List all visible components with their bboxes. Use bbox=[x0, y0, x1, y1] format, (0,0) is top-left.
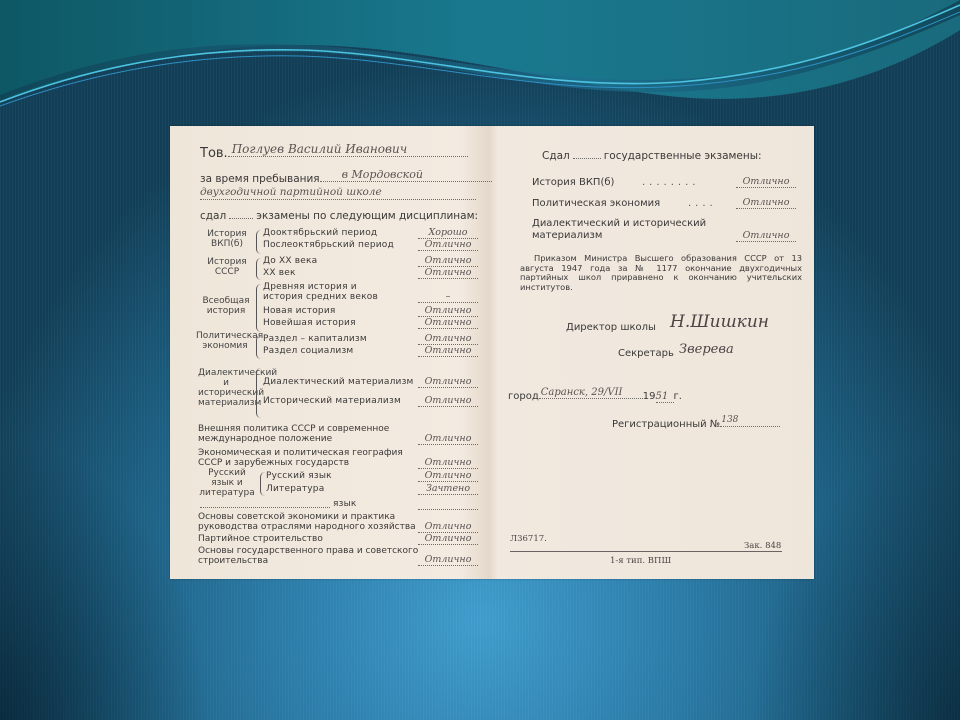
subject-grade: Отлично bbox=[418, 267, 478, 279]
state-exam-name: Диалектический и исторический материализ… bbox=[532, 218, 712, 242]
ministry-order-text: Приказом Министра Высшего образования СС… bbox=[520, 254, 802, 292]
subject-name: Новейшая история bbox=[263, 318, 356, 328]
stay-line: за время пребыванияв Мордовской bbox=[200, 170, 492, 185]
subject-grade: Отлично bbox=[418, 333, 478, 345]
subject-name: Основы государственного права и советско… bbox=[198, 546, 420, 566]
subject-name: Литература bbox=[266, 484, 324, 494]
category-label: История ВКП(б) bbox=[200, 229, 254, 249]
registration-line: Регистрационный №138 bbox=[612, 416, 780, 430]
city-value: Саранск, 29/VII bbox=[541, 387, 623, 398]
subject-name: XX век bbox=[263, 268, 296, 278]
stay-line-2: двухгодичной партийной школе bbox=[200, 186, 476, 200]
state-exam-grade: Отлично bbox=[736, 230, 796, 242]
stay-label: за время пребывания bbox=[200, 173, 320, 185]
secretary-label: Секретарь bbox=[618, 348, 674, 359]
subject-name: Древняя история и история средних веков bbox=[263, 282, 393, 302]
state-exam-grade: Отлично bbox=[736, 197, 796, 209]
subject-name: Диалектический материализм bbox=[263, 377, 414, 387]
category-label: История СССР bbox=[200, 257, 254, 277]
subject-grade: Отлично bbox=[418, 433, 478, 445]
language-line-label: язык bbox=[333, 499, 357, 509]
comrade-line: Тов.Поглуев Василий Иванович bbox=[200, 146, 468, 161]
subject-name: Раздел социализм bbox=[263, 346, 353, 356]
footer-order: Зак. 848 bbox=[744, 541, 781, 551]
state-exam-grade: Отлично bbox=[736, 176, 796, 188]
state-exams-heading: Сдалгосударственные экзамены: bbox=[542, 150, 762, 162]
city-line: городСаранск, 29/VII1951г. bbox=[508, 388, 682, 403]
category-label: Всеобщая история bbox=[198, 296, 254, 316]
subject-grade-blank bbox=[418, 499, 478, 510]
comrade-name: Поглуев Василий Иванович bbox=[232, 142, 408, 156]
subject-name: Русский язык bbox=[266, 471, 332, 481]
subject-name: Экономическая и политическая география С… bbox=[198, 448, 418, 468]
decorative-waves bbox=[0, 0, 960, 130]
subject-grade: Отлично bbox=[418, 533, 478, 545]
brace bbox=[260, 472, 265, 496]
brace bbox=[256, 335, 261, 359]
subject-grade: – bbox=[418, 291, 478, 303]
language-blank bbox=[200, 507, 330, 508]
subject-grade: Отлично bbox=[418, 521, 478, 533]
registration-number: 138 bbox=[721, 415, 738, 425]
subject-name: Основы советской экономики и практика ру… bbox=[198, 512, 420, 532]
footer-code: Л36717. bbox=[510, 534, 547, 544]
category-label: Русский язык и литература bbox=[196, 468, 258, 498]
passed-label: сдал bbox=[200, 210, 226, 222]
subject-grade: Отлично bbox=[418, 376, 478, 388]
right-page: Сдалгосударственные экзамены: История ВК… bbox=[492, 126, 814, 579]
subject-name: Послеоктябрьский период bbox=[263, 240, 394, 250]
director-label: Директор школы bbox=[566, 322, 656, 333]
subject-name: Дооктябрьский период bbox=[263, 228, 377, 238]
subject-grade: Отлично bbox=[418, 457, 478, 469]
subject-grade: Отлично bbox=[418, 305, 478, 317]
registration-label: Регистрационный № bbox=[612, 419, 720, 430]
brace bbox=[256, 230, 261, 254]
year-suffix: г. bbox=[674, 391, 682, 402]
subject-grade: Отлично bbox=[418, 470, 478, 482]
leader-dots: ........ bbox=[642, 177, 699, 188]
diploma-spread: Тов.Поглуев Василий Иванович за время пр… bbox=[170, 126, 814, 579]
stay-value-1: в Мордовской bbox=[342, 168, 423, 181]
director-signature: Н.Шишкин bbox=[670, 312, 769, 332]
subject-name: Партийное строительство bbox=[198, 534, 420, 544]
state-exams-label: Сдал bbox=[542, 150, 570, 162]
subject-grade: Отлично bbox=[418, 554, 478, 566]
left-page: Тов.Поглуев Василий Иванович за время пр… bbox=[170, 126, 492, 579]
subject-name: Новая история bbox=[263, 306, 336, 316]
subject-grade: Хорошо bbox=[418, 227, 478, 239]
category-label: Политическая экономия bbox=[196, 331, 254, 351]
leader-dots: .... bbox=[688, 198, 717, 209]
subject-name: Внешняя политика СССР и современное межд… bbox=[198, 424, 418, 444]
subject-name: Исторический материализм bbox=[263, 396, 401, 406]
passed-line: сдалэкзамены по следующим дисциплинам: bbox=[200, 210, 478, 222]
subject-grade: Отлично bbox=[418, 239, 478, 251]
passed-rest: экзамены по следующим дисциплинам: bbox=[256, 210, 478, 222]
year-prefix: 19 bbox=[643, 391, 656, 402]
subject-grade: Отлично bbox=[418, 255, 478, 267]
state-exam-name: История ВКП(б) bbox=[532, 177, 614, 188]
category-label: Диалектический и исторический материализ… bbox=[198, 368, 254, 408]
stay-value-2: двухгодичной партийной школе bbox=[200, 186, 382, 198]
state-exams-rest: государственные экзамены: bbox=[604, 150, 762, 162]
brace bbox=[256, 284, 261, 332]
brace bbox=[256, 258, 261, 280]
city-label: город bbox=[508, 391, 539, 402]
subject-grade: Отлично bbox=[418, 345, 478, 357]
footer-divider bbox=[510, 551, 782, 552]
state-exam-name: Политическая экономия bbox=[532, 198, 660, 209]
year-value: 51 bbox=[656, 391, 674, 403]
subject-grade: Отлично bbox=[418, 395, 478, 407]
subject-name: До XX века bbox=[263, 256, 317, 266]
subject-name: Раздел – капитализм bbox=[263, 334, 367, 344]
brace bbox=[256, 368, 261, 418]
subject-grade: Отлично bbox=[418, 317, 478, 329]
comrade-label: Тов. bbox=[200, 146, 228, 161]
secretary-signature: Зверева bbox=[679, 342, 734, 357]
footer-printer: 1-я тип. ВПШ bbox=[610, 556, 671, 566]
subject-grade: Зачтено bbox=[418, 483, 478, 495]
